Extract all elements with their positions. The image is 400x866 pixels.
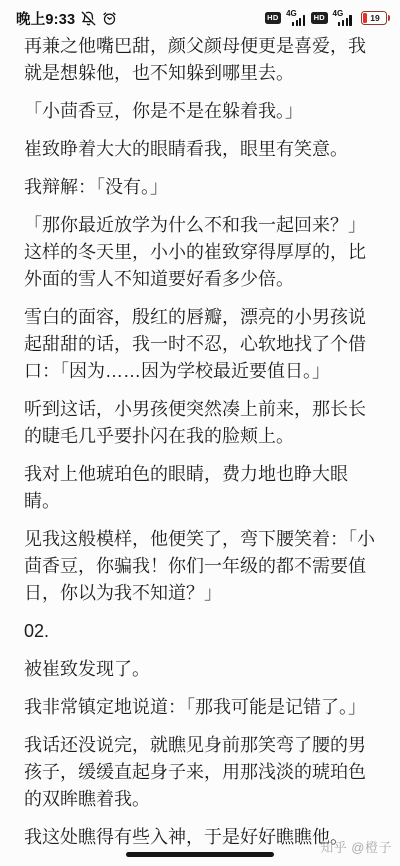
novel-text-area[interactable]: 再兼之他嘴巴甜，颜父颜母便更是喜爱，我就是想躲他，也不知躲到哪里去。「小茴香豆，… (0, 30, 400, 851)
paragraph-4: 我辩解：「没有。」 (24, 174, 376, 201)
sim1-signal-bars (292, 15, 305, 26)
paragraph-13: 我话还没说完，就瞧见身前那笑弯了腰的男孩子，缓缓直起身子来，用那浅淡的琥珀色的双… (24, 732, 376, 813)
paragraph-3: 崔致睁着大大的眼睛看我，眼里有笑意。 (24, 136, 376, 163)
alarm-clock-icon (102, 11, 117, 26)
sim2-signal-bars (338, 15, 351, 26)
paragraph-7: 听到这话，小男孩便突然凑上前来，那长长的睫毛几乎要扑闪在我的脸颊上。 (24, 396, 376, 450)
paragraph-11: 被崔致发现了。 (24, 656, 376, 683)
paragraph-10: 02. (24, 618, 376, 645)
gesture-home-bar[interactable] (126, 852, 274, 857)
battery-percent: 19 (367, 14, 379, 23)
battery-fill-low (363, 13, 367, 23)
battery-nub (388, 15, 391, 21)
paragraph-5: 「那你最近放学为什么不和我一起回来？」这样的冬天里，小小的崔致穿得厚厚的，比外面… (24, 212, 376, 293)
paragraph-8: 我对上他琥珀色的眼睛，费力地也睁大眼睛。 (24, 461, 376, 515)
status-bar: 晚上9:33 HD 4G (0, 0, 400, 30)
status-bar-right: HD 4G HD 4G 19 (265, 10, 390, 26)
status-bar-left: 晚上9:33 (16, 8, 117, 29)
battery-body: 19 (361, 11, 387, 25)
sim2-signal-icon: 4G (333, 10, 353, 26)
zhihu-watermark: 知乎 @橙子 (320, 837, 392, 856)
sim1-signal-icon: 4G (286, 10, 306, 26)
paragraph-12: 我非常镇定地说道：「那我可能是记错了。」 (24, 694, 376, 721)
phone-screen: { "status_bar": { "time": "晚上9:33", "hd_… (0, 0, 400, 866)
paragraph-2: 「小茴香豆，你是不是在躲着我。」 (24, 98, 376, 125)
battery-icon: 19 (361, 11, 391, 25)
clock-time: 晚上9:33 (16, 8, 75, 29)
volte-hd-icon: HD (265, 12, 281, 24)
paragraph-6: 雪白的面容，殷红的唇瓣，漂亮的小男孩说起甜甜的话，我一时不忍，心软地找了个借口：… (24, 304, 376, 385)
volte-hd-icon-2: HD (311, 12, 327, 24)
paragraph-9: 见我这般模样，他便笑了，弯下腰笑着：「小茴香豆，你骗我！你们一年级的都不需要值日… (24, 526, 376, 607)
mute-bell-icon (81, 11, 96, 26)
paragraph-1: 再兼之他嘴巴甜，颜父颜母便更是喜爱，我就是想躲他，也不知躲到哪里去。 (24, 33, 376, 87)
